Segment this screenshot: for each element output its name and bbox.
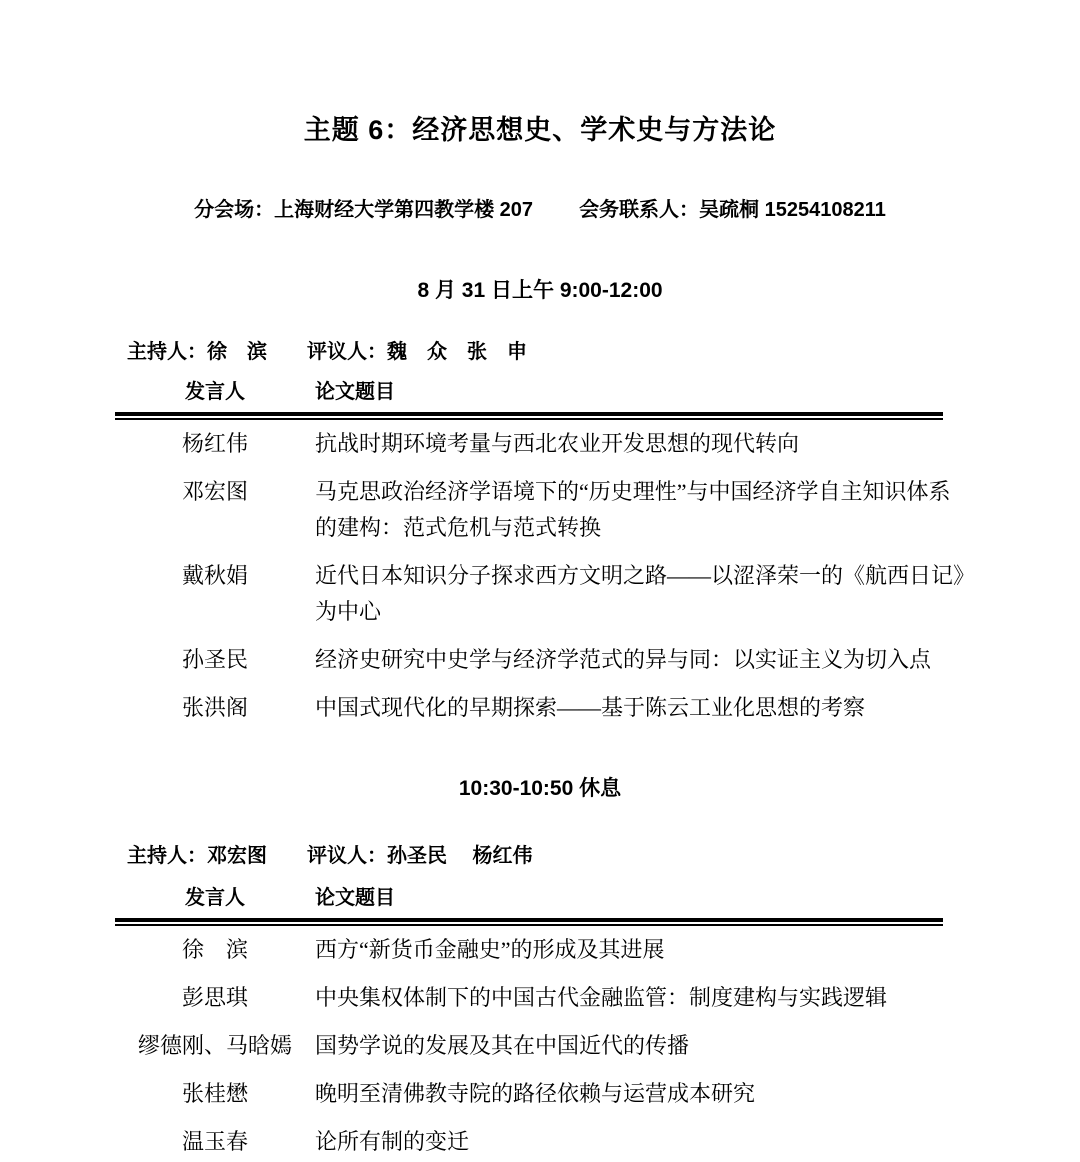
- speaker-table: 徐 滨 西方“新货币金融史”的形成及其进展 彭思琪 中央集权体制下的中国古代金融…: [115, 926, 965, 1162]
- speaker-name: 孙圣民: [115, 642, 315, 678]
- paper-title: 近代日本知识分子探求西方文明之路——以涩泽荣一的《航西日记》为中心: [315, 558, 965, 630]
- contact-label: 会务联系人：吴疏桐 15254108211: [579, 196, 886, 224]
- table-row: 徐 滨 西方“新货币金融史”的形成及其进展: [115, 926, 965, 974]
- speaker-name: 温玉春: [115, 1124, 315, 1160]
- table-header-rule: [115, 412, 943, 420]
- table-row: 温玉春 论所有制的变迁: [115, 1118, 965, 1162]
- speaker-name: 缪德刚、马晗嫣: [115, 1028, 315, 1064]
- column-header-speaker: 发言人: [115, 378, 315, 406]
- paper-title: 晚明至清佛教寺院的路径依赖与运营成本研究: [315, 1076, 965, 1112]
- paper-title: 论所有制的变迁: [315, 1124, 965, 1160]
- conference-program-page: 主题 6：经济思想史、学术史与方法论 分会场：上海财经大学第四教学楼 207 会…: [0, 0, 1080, 1162]
- session-block-morning: 8 月 31 日上午 9:00-12:00 主持人：徐 滨 评议人：魏 众 张 …: [115, 276, 965, 732]
- paper-title: 中国式现代化的早期探索——基于陈云工业化思想的考察: [315, 690, 965, 726]
- table-header-rule: [115, 918, 943, 926]
- table-header: 发言人 论文题目: [115, 378, 965, 406]
- break-time-heading: 10:30-10:50 休息: [115, 774, 965, 804]
- moderators-line: 主持人：邓宏图 评议人：孙圣民 杨红伟: [115, 842, 965, 870]
- table-row: 孙圣民 经济史研究中史学与经济学范式的异与同：以实证主义为切入点: [115, 636, 965, 684]
- table-row: 戴秋娟 近代日本知识分子探求西方文明之路——以涩泽荣一的《航西日记》为中心: [115, 552, 965, 636]
- page-title: 主题 6：经济思想史、学术史与方法论: [115, 112, 965, 148]
- paper-title: 抗战时期环境考量与西北农业开发思想的现代转向: [315, 426, 965, 462]
- speaker-name: 彭思琪: [115, 980, 315, 1016]
- table-row: 张桂懋 晚明至清佛教寺院的路径依赖与运营成本研究: [115, 1070, 965, 1118]
- speaker-name: 戴秋娟: [115, 558, 315, 594]
- column-header-title: 论文题目: [315, 884, 965, 912]
- session-info-line: 分会场：上海财经大学第四教学楼 207 会务联系人：吴疏桐 1525410821…: [115, 196, 965, 224]
- venue-label: 分会场：上海财经大学第四教学楼 207: [194, 196, 533, 224]
- session-block-after-break: 10:30-10:50 休息 主持人：邓宏图 评议人：孙圣民 杨红伟 发言人 论…: [115, 774, 965, 1162]
- paper-title: 马克思政治经济学语境下的“历史理性”与中国经济学自主知识体系的建构：范式危机与范…: [315, 474, 965, 546]
- table-row: 杨红伟 抗战时期环境考量与西北农业开发思想的现代转向: [115, 420, 965, 468]
- speaker-name: 徐 滨: [115, 932, 315, 968]
- paper-title: 中央集权体制下的中国古代金融监管：制度建构与实践逻辑: [315, 980, 965, 1016]
- speaker-name: 张洪阁: [115, 690, 315, 726]
- table-header: 发言人 论文题目: [115, 884, 965, 912]
- table-row: 缪德刚、马晗嫣 国势学说的发展及其在中国近代的传播: [115, 1022, 965, 1070]
- paper-title: 国势学说的发展及其在中国近代的传播: [315, 1028, 965, 1064]
- paper-title: 西方“新货币金融史”的形成及其进展: [315, 932, 965, 968]
- column-header-speaker: 发言人: [115, 884, 315, 912]
- column-header-title: 论文题目: [315, 378, 965, 406]
- paper-title: 经济史研究中史学与经济学范式的异与同：以实证主义为切入点: [315, 642, 965, 678]
- table-row: 彭思琪 中央集权体制下的中国古代金融监管：制度建构与实践逻辑: [115, 974, 965, 1022]
- speaker-name: 杨红伟: [115, 426, 315, 462]
- speaker-name: 邓宏图: [115, 474, 315, 510]
- table-row: 张洪阁 中国式现代化的早期探索——基于陈云工业化思想的考察: [115, 684, 965, 732]
- speaker-table: 杨红伟 抗战时期环境考量与西北农业开发思想的现代转向 邓宏图 马克思政治经济学语…: [115, 420, 965, 732]
- table-row: 邓宏图 马克思政治经济学语境下的“历史理性”与中国经济学自主知识体系的建构：范式…: [115, 468, 965, 552]
- speaker-name: 张桂懋: [115, 1076, 315, 1112]
- moderators-line: 主持人：徐 滨 评议人：魏 众 张 申: [115, 338, 965, 366]
- session-time-heading: 8 月 31 日上午 9:00-12:00: [115, 276, 965, 306]
